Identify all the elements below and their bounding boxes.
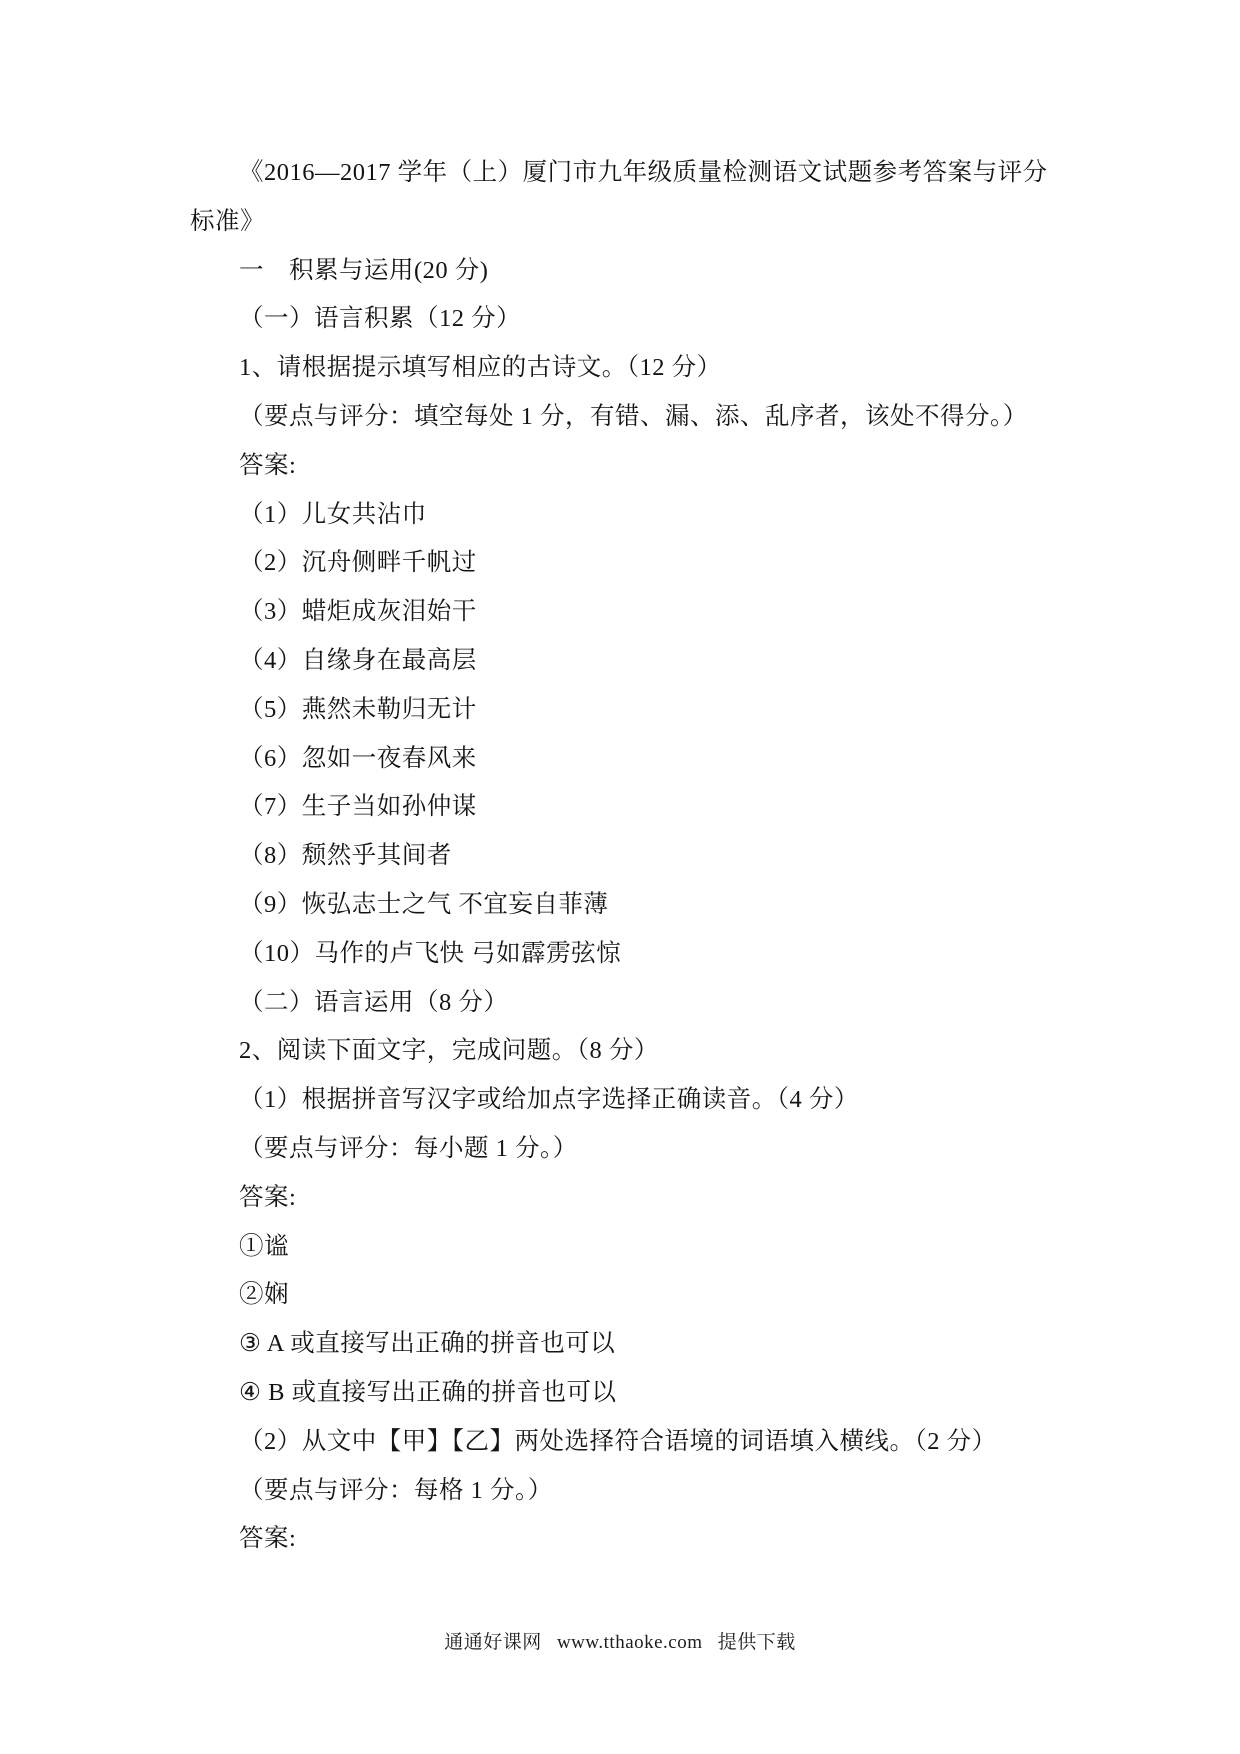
answer-label-3: 答案: [190,1515,1190,1564]
answer-item-10: （10）马作的卢飞快 弓如霹雳弦惊 [190,930,1190,979]
footer-site-name: 通通好课网 [444,1632,542,1653]
document-title-line-1: 《2016—2017 学年（上）厦门市九年级质量检测语文试题参考答案与评分 [190,149,1190,198]
answer-label-1: 答案: [190,442,1190,491]
answer-item-9: （9）恢弘志士之气 不宜妄自菲薄 [190,881,1190,930]
question-1-prompt: 1、请根据提示填写相应的古诗文。（12 分） [190,344,1190,393]
footer-url-text: www.tthaoke.com [557,1632,703,1653]
question-2-1-prompt: （1）根据拼音写汉字或给加点字选择正确读音。（4 分） [190,1076,1190,1125]
question-1-scoring-note: （要点与评分：填空每处 1 分，有错、漏、添、乱序者，该处不得分。） [190,393,1190,442]
answer-circled-4: ④ B 或直接写出正确的拼音也可以 [190,1369,1190,1418]
question-2-2-prompt: （2）从文中【甲】【乙】两处选择符合语境的词语填入横线。（2 分） [190,1418,1190,1467]
answer-item-7: （7）生子当如孙仲谋 [190,783,1190,832]
subsection-heading-language-use: （二）语言运用（8 分） [190,979,1190,1028]
answer-item-2: （2）沉舟侧畔千帆过 [190,539,1190,588]
answer-circled-1: ①谧 [190,1223,1190,1272]
answer-item-5: （5）燕然未勒归无计 [190,686,1190,735]
answer-item-4: （4）自缘身在最高层 [190,637,1190,686]
footer-suffix: 提供下载 [718,1632,796,1653]
question-2-prompt: 2、阅读下面文字，完成问题。（8 分） [190,1027,1190,1076]
answer-circled-3: ③ A 或直接写出正确的拼音也可以 [190,1320,1190,1369]
answer-circled-2: ②娴 [190,1271,1190,1320]
answer-item-8: （8）颓然乎其间者 [190,832,1190,881]
footer-watermark: 通通好课网 www.tthaoke.com 提供下载 [0,1630,1240,1656]
answer-item-3: （3）蜡炬成灰泪始干 [190,588,1190,637]
answer-item-1: （1）儿女共沾巾 [190,491,1190,540]
document-title-line-2: 标准》 [190,198,1190,247]
question-2-2-scoring-note: （要点与评分：每格 1 分。） [190,1467,1190,1516]
answer-label-2: 答案: [190,1174,1190,1223]
question-2-1-scoring-note: （要点与评分：每小题 1 分。） [190,1125,1190,1174]
document-body: 《2016—2017 学年（上）厦门市九年级质量检测语文试题参考答案与评分 标准… [190,149,1190,1564]
section-heading-accumulation: 一 积累与运用(20 分) [190,247,1190,296]
subsection-heading-language-accumulation: （一）语言积累（12 分） [190,295,1190,344]
answer-item-6: （6）忽如一夜春风来 [190,735,1190,784]
